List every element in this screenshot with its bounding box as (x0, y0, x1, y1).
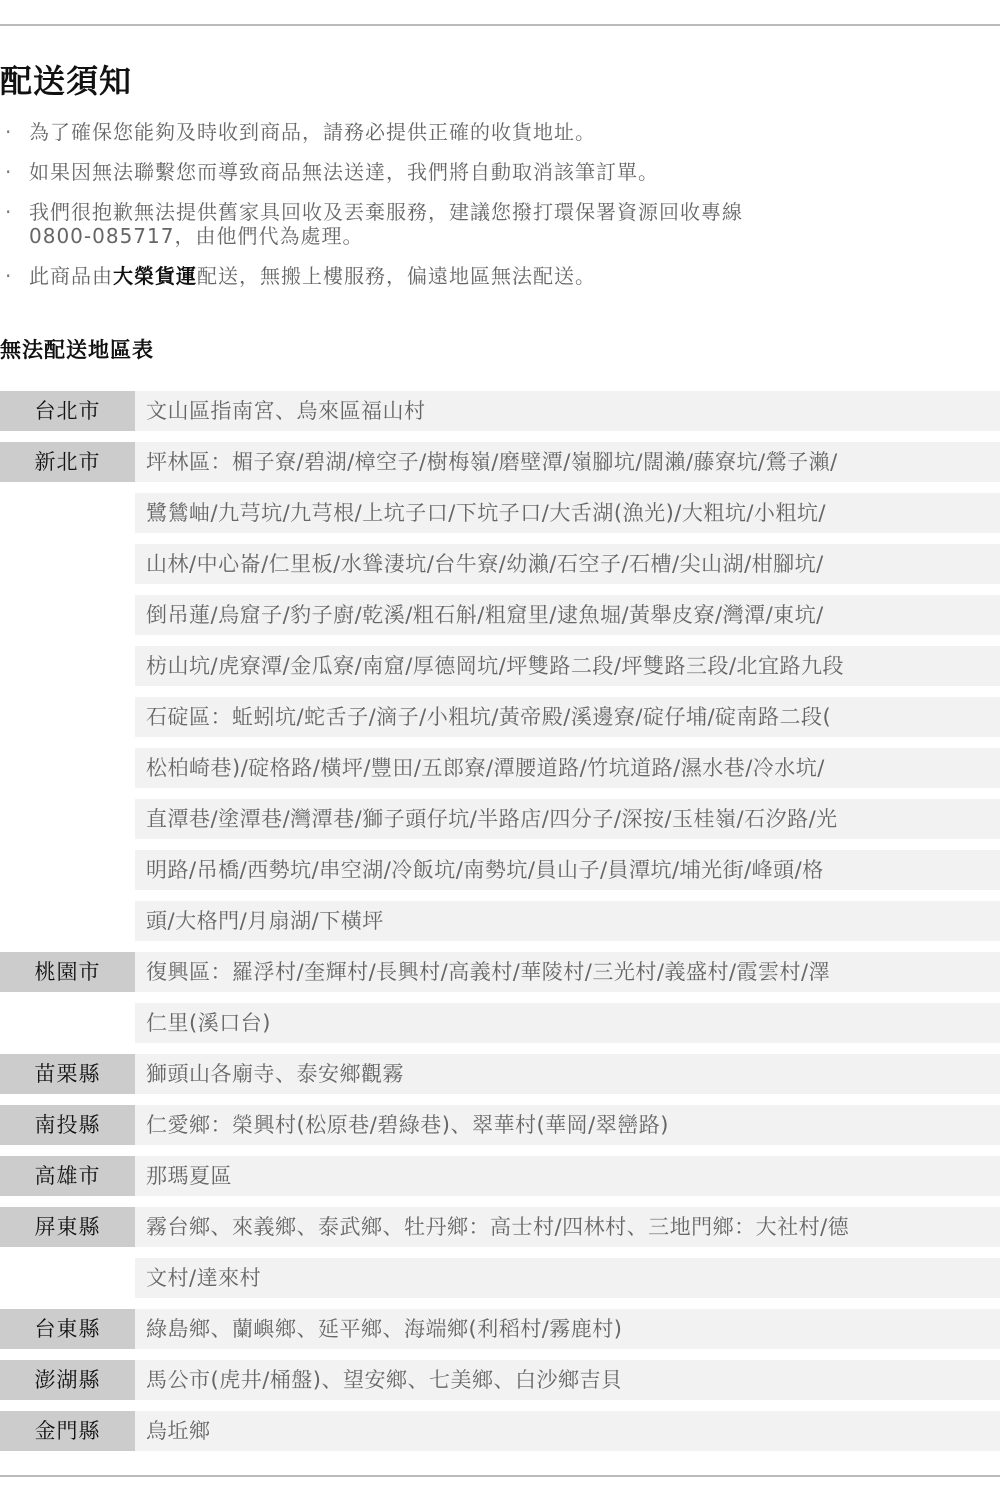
note-text-line2: 0800-085717，由他們代為處理。 (29, 224, 363, 248)
region-areas: 枋山坑/虎寮潭/金瓜寮/南窟/厚德岡坑/坪雙路二段/坪雙路三段/北宜路九段 (135, 646, 1000, 686)
region-label-spacer (0, 697, 135, 737)
region-label-spacer (0, 646, 135, 686)
region-label: 新北市 (0, 442, 135, 482)
note-item: · 為了確保您能夠及時收到商品，請務必提供正確的收貨地址。 (0, 120, 1000, 144)
table-row: 台北市文山區指南宮、烏來區福山村 (0, 391, 1000, 431)
table-row-continuation: 文村/達來村 (0, 1258, 1000, 1298)
region-areas: 頭/大格門/月扇湖/下橫坪 (135, 901, 1000, 941)
region-areas: 文村/達來村 (135, 1258, 1000, 1298)
region-areas: 鷺鷥岫/九芎坑/九芎根/上坑子口/下坑子口/大舌湖(漁光)/大粗坑/小粗坑/ (135, 493, 1000, 533)
region-label-spacer (0, 799, 135, 839)
region-label: 澎湖縣 (0, 1360, 135, 1400)
region-label: 苗栗縣 (0, 1054, 135, 1094)
table-row: 金門縣烏坵鄉 (0, 1411, 1000, 1451)
note-text-line1: 我們很抱歉無法提供舊家具回收及丟棄服務，建議您撥打環保署資源回收專線 (29, 200, 743, 224)
note-item: · 我們很抱歉無法提供舊家具回收及丟棄服務，建議您撥打環保署資源回收專線 080… (0, 200, 1000, 248)
table-row-continuation: 鷺鷥岫/九芎坑/九芎根/上坑子口/下坑子口/大舌湖(漁光)/大粗坑/小粗坑/ (0, 493, 1000, 533)
table-row-continuation: 枋山坑/虎寮潭/金瓜寮/南窟/厚德岡坑/坪雙路二段/坪雙路三段/北宜路九段 (0, 646, 1000, 686)
table-row: 南投縣仁愛鄉：榮興村(松原巷/碧綠巷)、翠華村(華岡/翠巒路) (0, 1105, 1000, 1145)
region-areas: 馬公市(虎井/桶盤)、望安鄉、七美鄉、白沙鄉吉貝 (135, 1360, 1000, 1400)
region-areas: 山林/中心崙/仁里板/水聳淒坑/台牛寮/幼瀨/石空子/石槽/尖山湖/柑腳坑/ (135, 544, 1000, 584)
table-row-continuation: 頭/大格門/月扇湖/下橫坪 (0, 901, 1000, 941)
region-areas: 霧台鄉、來義鄉、泰武鄉、牡丹鄉：高士村/四林村、三地門鄉：大社村/德 (135, 1207, 1000, 1247)
note-item: · 如果因無法聯繫您而導致商品無法送達，我們將自動取消該筆訂單。 (0, 160, 1000, 184)
undeliverable-regions-table: 台北市文山區指南宮、烏來區福山村新北市坪林區：楣子寮/碧湖/樟空子/樹梅嶺/磨壁… (0, 391, 1000, 1462)
region-areas: 仁里(溪口台) (135, 1003, 1000, 1043)
delivery-notes-list: · 為了確保您能夠及時收到商品，請務必提供正確的收貨地址。 · 如果因無法聯繫您… (0, 120, 1000, 304)
table-row: 苗栗縣獅頭山各廟寺、泰安鄉觀霧 (0, 1054, 1000, 1094)
bullet-icon: · (5, 120, 12, 144)
bullet-icon: · (5, 160, 12, 184)
table-row: 桃園市復興區：羅浮村/奎輝村/長興村/高義村/華陵村/三光村/義盛村/霞雲村/澤 (0, 952, 1000, 992)
table-row: 新北市坪林區：楣子寮/碧湖/樟空子/樹梅嶺/磨壁潭/嶺腳坑/闊瀨/藤寮坑/鶯子瀨… (0, 442, 1000, 482)
table-row-continuation: 直潭巷/塗潭巷/灣潭巷/獅子頭仔坑/半路店/四分子/深按/玉桂嶺/石汐路/光 (0, 799, 1000, 839)
table-row-continuation: 松柏崎巷)/碇格路/橫坪/豐田/五郎寮/潭腰道路/竹坑道路/濕水巷/冷水坑/ (0, 748, 1000, 788)
region-label-spacer (0, 850, 135, 890)
region-areas: 直潭巷/塗潭巷/灣潭巷/獅子頭仔坑/半路店/四分子/深按/玉桂嶺/石汐路/光 (135, 799, 1000, 839)
region-areas: 綠島鄉、蘭嶼鄉、延平鄉、海端鄉(利稻村/霧鹿村) (135, 1309, 1000, 1349)
note-text: 如果因無法聯繫您而導致商品無法送達，我們將自動取消該筆訂單。 (29, 160, 659, 184)
note-item: · 此商品由大榮貨運配送，無搬上樓服務，偏遠地區無法配送。 (0, 264, 1000, 288)
region-label: 高雄市 (0, 1156, 135, 1196)
region-areas: 文山區指南宮、烏來區福山村 (135, 391, 1000, 431)
table-row-continuation: 石碇區：蚯蚓坑/蛇舌子/滴子/小粗坑/黃帝殿/溪邊寮/碇仔埔/碇南路二段( (0, 697, 1000, 737)
bottom-divider (0, 1475, 1000, 1477)
carrier-name: 大榮貨運 (113, 264, 197, 288)
region-areas: 坪林區：楣子寮/碧湖/樟空子/樹梅嶺/磨壁潭/嶺腳坑/闊瀨/藤寮坑/鶯子瀨/ (135, 442, 1000, 482)
region-label-spacer (0, 595, 135, 635)
table-row-continuation: 明路/吊橋/西勢坑/串空湖/冷飯坑/南勢坑/員山子/員潭坑/埔光街/峰頭/格 (0, 850, 1000, 890)
page-title: 配送須知 (0, 56, 132, 102)
region-areas: 復興區：羅浮村/奎輝村/長興村/高義村/華陵村/三光村/義盛村/霞雲村/澤 (135, 952, 1000, 992)
region-label-spacer (0, 493, 135, 533)
region-areas: 倒吊蓮/烏窟子/豹子廚/乾溪/粗石斛/粗窟里/逮魚堀/黃舉皮寮/灣潭/東坑/ (135, 595, 1000, 635)
region-label-spacer (0, 1003, 135, 1043)
bullet-icon: · (5, 264, 12, 288)
region-label-spacer (0, 544, 135, 584)
region-areas: 獅頭山各廟寺、泰安鄉觀霧 (135, 1054, 1000, 1094)
region-label: 屏東縣 (0, 1207, 135, 1247)
region-areas: 明路/吊橋/西勢坑/串空湖/冷飯坑/南勢坑/員山子/員潭坑/埔光街/峰頭/格 (135, 850, 1000, 890)
region-areas: 那瑪夏區 (135, 1156, 1000, 1196)
region-label-spacer (0, 901, 135, 941)
region-areas: 石碇區：蚯蚓坑/蛇舌子/滴子/小粗坑/黃帝殿/溪邊寮/碇仔埔/碇南路二段( (135, 697, 1000, 737)
table-row: 高雄市那瑪夏區 (0, 1156, 1000, 1196)
region-label-spacer (0, 748, 135, 788)
region-label: 南投縣 (0, 1105, 135, 1145)
region-label: 桃園市 (0, 952, 135, 992)
note-text: 為了確保您能夠及時收到商品，請務必提供正確的收貨地址。 (29, 120, 596, 144)
region-label: 金門縣 (0, 1411, 135, 1451)
table-row-continuation: 山林/中心崙/仁里板/水聳淒坑/台牛寮/幼瀨/石空子/石槽/尖山湖/柑腳坑/ (0, 544, 1000, 584)
table-row-continuation: 仁里(溪口台) (0, 1003, 1000, 1043)
region-areas: 仁愛鄉：榮興村(松原巷/碧綠巷)、翠華村(華岡/翠巒路) (135, 1105, 1000, 1145)
region-label-spacer (0, 1258, 135, 1298)
note-text-suffix: 配送，無搬上樓服務，偏遠地區無法配送。 (197, 264, 596, 288)
table-row-continuation: 倒吊蓮/烏窟子/豹子廚/乾溪/粗石斛/粗窟里/逮魚堀/黃舉皮寮/灣潭/東坑/ (0, 595, 1000, 635)
top-divider (0, 24, 1000, 26)
region-areas: 松柏崎巷)/碇格路/橫坪/豐田/五郎寮/潭腰道路/竹坑道路/濕水巷/冷水坑/ (135, 748, 1000, 788)
region-areas: 烏坵鄉 (135, 1411, 1000, 1451)
table-row: 屏東縣霧台鄉、來義鄉、泰武鄉、牡丹鄉：高士村/四林村、三地門鄉：大社村/德 (0, 1207, 1000, 1247)
region-label: 台東縣 (0, 1309, 135, 1349)
table-title: 無法配送地區表 (0, 334, 154, 364)
table-row: 澎湖縣馬公市(虎井/桶盤)、望安鄉、七美鄉、白沙鄉吉貝 (0, 1360, 1000, 1400)
bullet-icon: · (5, 200, 12, 224)
table-row: 台東縣綠島鄉、蘭嶼鄉、延平鄉、海端鄉(利稻村/霧鹿村) (0, 1309, 1000, 1349)
region-label: 台北市 (0, 391, 135, 431)
note-text-prefix: 此商品由 (29, 264, 113, 288)
